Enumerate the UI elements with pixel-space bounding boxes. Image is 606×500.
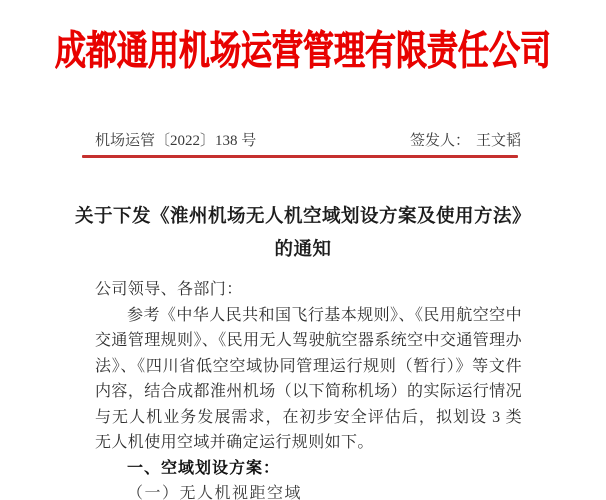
body-paragraph: 参考《中华人民共和国飞行基本规则》、《民用航空空中交通管理规则》、《民用无人驾驶… <box>95 303 522 456</box>
doc-meta-row: 机场运管〔2022〕138 号 签发人：王文韬 <box>95 129 521 150</box>
company-masthead: 成都通用机场运营管理有限责任公司 <box>0 18 606 76</box>
issuer: 签发人：王文韬 <box>410 129 521 150</box>
doc-title-line1: 关于下发《淮州机场无人机空域划设方案及使用方法》 <box>40 201 566 234</box>
doc-body: 公司领导、各部门： 参考《中华人民共和国飞行基本规则》、《民用航空空中交通管理规… <box>95 277 522 500</box>
official-notice-page: 成都通用机场运营管理有限责任公司 机场运管〔2022〕138 号 签发人：王文韬… <box>0 0 606 500</box>
doc-number: 机场运管〔2022〕138 号 <box>95 129 256 150</box>
section-heading-airspace-plan: 一、空域划设方案： <box>95 456 522 482</box>
doc-title: 关于下发《淮州机场无人机空域划设方案及使用方法》 的通知 <box>40 201 566 267</box>
salutation: 公司领导、各部门： <box>95 277 522 303</box>
issuer-label: 签发人： <box>410 133 470 149</box>
doc-title-line2: 的通知 <box>40 234 566 267</box>
red-divider-line <box>82 155 518 158</box>
issuer-name: 王文韬 <box>476 133 521 149</box>
subsection-heading-vlos-airspace: （一）无人机视距空域 <box>95 481 522 500</box>
